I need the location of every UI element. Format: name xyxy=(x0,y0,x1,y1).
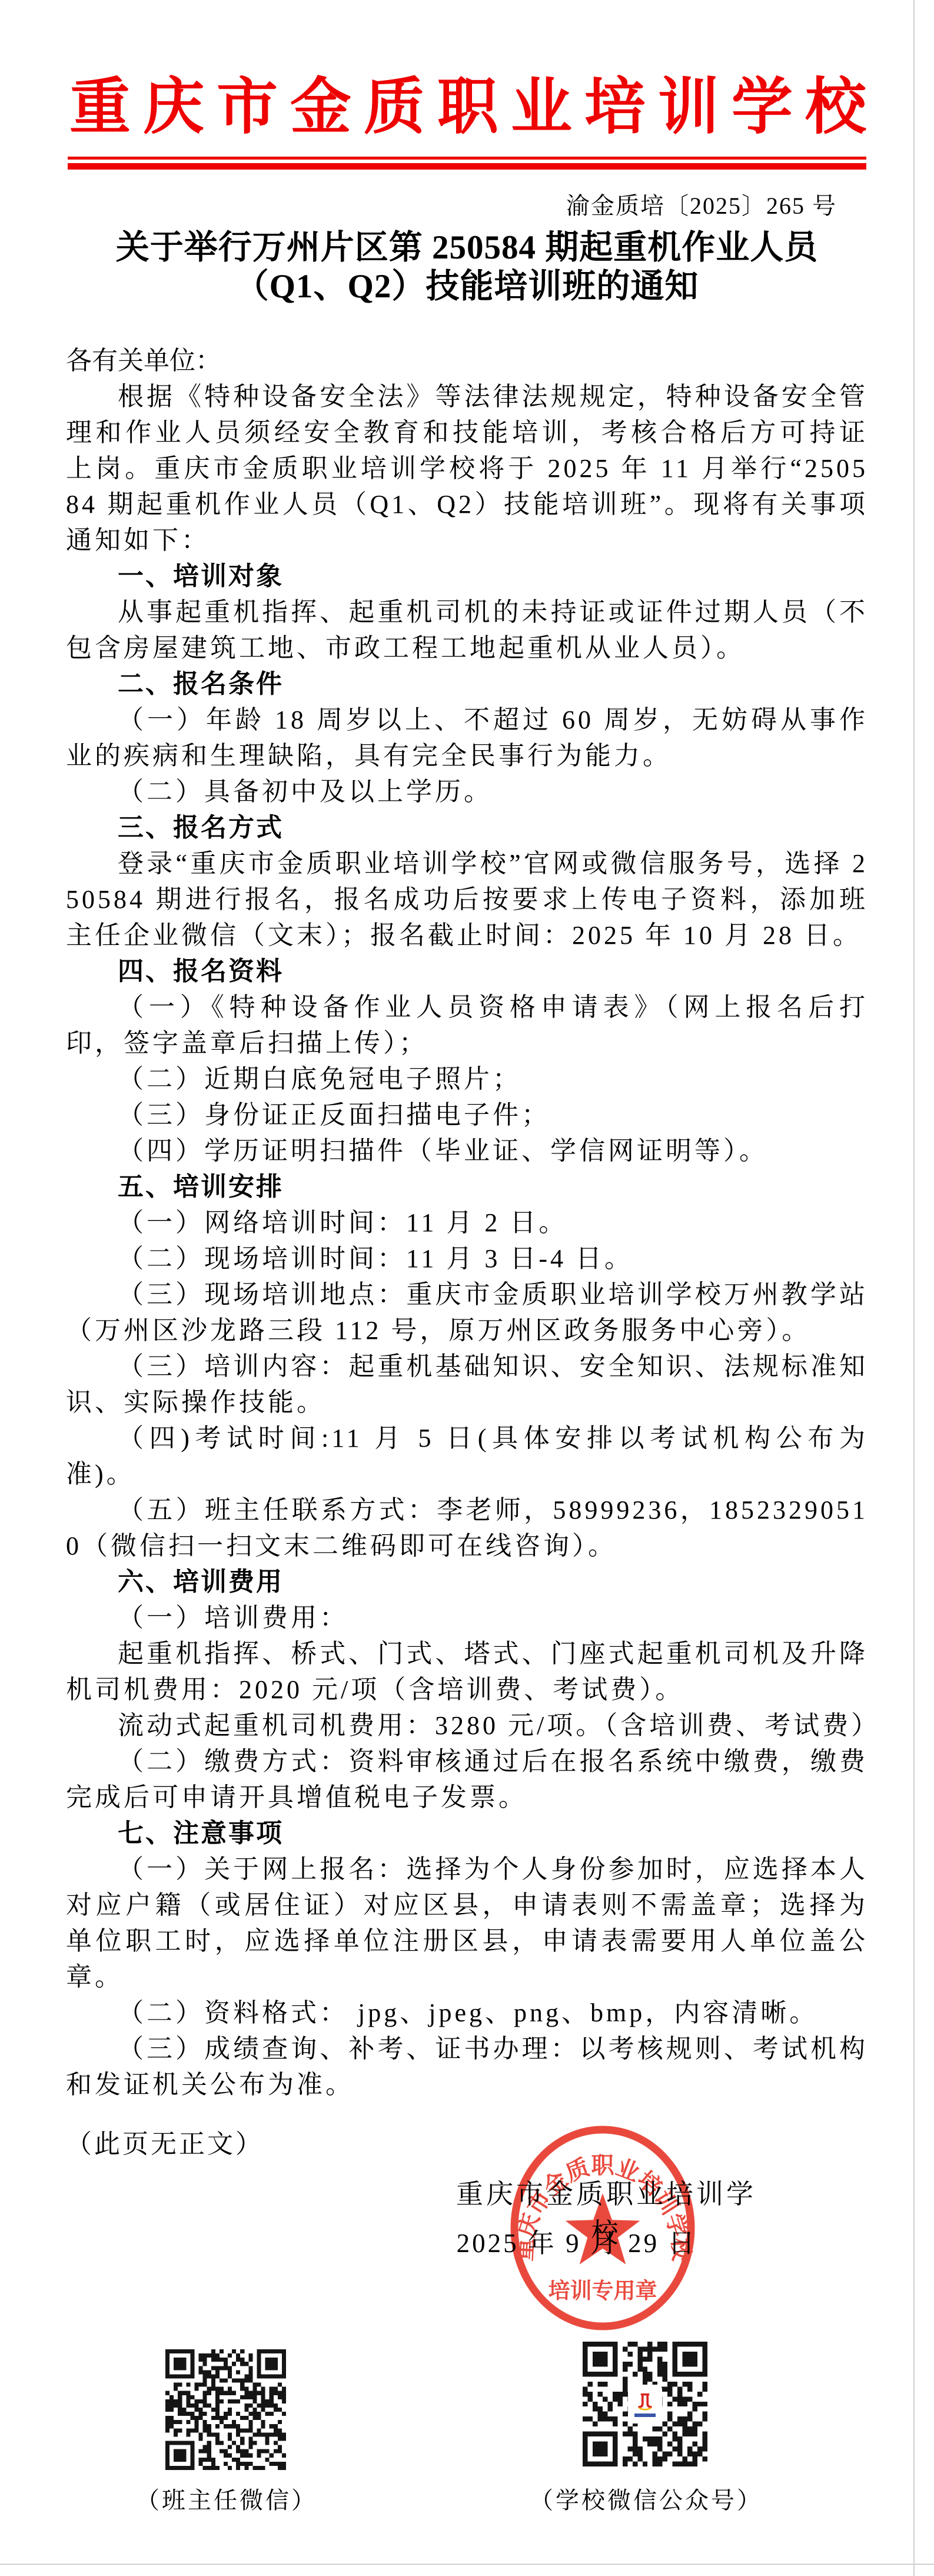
seal-bottom-text: 培训专用章 xyxy=(549,2278,657,2303)
letterhead-rule-thin xyxy=(68,157,866,160)
section-paragraph: （二）现场培训时间：11 月 3 日-4 日。 xyxy=(66,1241,868,1277)
section-paragraph: （二）缴费方式：资料审核通过后在报名系统中缴费，缴费完成后可申请开具增值税电子发… xyxy=(66,1743,868,1815)
intro-paragraph: 根据《特种设备安全法》等法律法规规定，特种设备安全管理和作业人员须经安全教育和技… xyxy=(66,379,868,558)
section-paragraph: （一）年龄 18 周岁以上、不超过 60 周岁，无妨碍从事作业的疾病和生理缺陷，… xyxy=(66,702,868,774)
section-paragraph: 流动式起重机司机费用：3280 元/项。（含培训费、考试费） xyxy=(66,1708,868,1743)
section-training-schedule: 五、培训安排 （一）网络培训时间：11 月 2 日。 （二）现场培训时间：11 … xyxy=(66,1169,868,1564)
section-registration-materials: 四、报名资料 （一）《特种设备作业人员资格申请表》（网上报名后打印，签字盖章后扫… xyxy=(66,953,868,1169)
section-training-fees: 六、培训费用 （一）培训费用： 起重机指挥、桥式、门式、塔式、门座式起重机司机及… xyxy=(66,1564,868,1815)
section-paragraph: 登录“重庆市金质职业培训学校”官网或微信服务号，选择 250584 期进行报名，… xyxy=(66,846,868,953)
document-page: 重庆市金质职业培训学校 渝金质培〔2025〕265 号 关于举行万州片区第 25… xyxy=(0,0,934,2576)
qr-caption-school-account: （学校微信公众号） xyxy=(530,2482,759,2515)
section-paragraph: （三）现场培训地点：重庆市金质职业培训学校万州教学站（万州区沙龙路三段 112 … xyxy=(66,1277,868,1348)
qr-code-school-official-account xyxy=(583,2342,707,2466)
section-paragraph: 从事起重机指挥、起重机司机的未持证或证件过期人员（不包含房屋建筑工地、市政工程工… xyxy=(66,594,868,666)
section-paragraph: （四）学历证明扫描件（毕业证、学信网证明等）。 xyxy=(66,1133,868,1169)
school-logo-subtext xyxy=(634,2413,656,2417)
section-heading: 一、培训对象 xyxy=(66,558,868,594)
section-paragraph: （四)考试时间:11 月 5 日(具体安排以考试机构公布为准)。 xyxy=(66,1420,868,1492)
footer-zone: 重庆市金质职业培训学校 2025 年 9 月 29 日 重庆市金质职业培训学校 … xyxy=(0,2070,934,2576)
section-paragraph: （三）身份证正反面扫描电子件； xyxy=(66,1097,868,1133)
section-registration-method: 三、报名方式 登录“重庆市金质职业培训学校”官网或微信服务号，选择 250584… xyxy=(66,810,868,953)
section-heading: 四、报名资料 xyxy=(66,953,868,989)
section-paragraph: （一）培训费用： xyxy=(66,1600,868,1636)
section-paragraph: 起重机指挥、桥式、门式、塔式、门座式起重机司机及升降机司机费用：2020 元/项… xyxy=(66,1636,868,1708)
section-paragraph: （二）具备初中及以上学历。 xyxy=(66,774,868,810)
letterhead-school-name: 重庆市金质职业培训学校 xyxy=(69,69,866,146)
section-training-target: 一、培训对象 从事起重机指挥、起重机司机的未持证或证件过期人员（不包含房屋建筑工… xyxy=(66,558,868,666)
section-heading: 五、培训安排 xyxy=(66,1169,868,1205)
page-edge-vertical xyxy=(913,0,915,2576)
doc-title: 关于举行万州片区第 250584 期起重机作业人员 （Q1、Q2）技能培训班的通… xyxy=(0,228,934,306)
salutation: 各有关单位： xyxy=(66,343,868,379)
section-registration-conditions: 二、报名条件 （一）年龄 18 周岁以上、不超过 60 周岁，无妨碍从事作业的疾… xyxy=(66,666,868,810)
section-heading: 六、培训费用 xyxy=(66,1564,868,1600)
section-notes: 七、注意事项 （一）关于网上报名：选择为个人身份参加时，应选择本人对应户籍（或居… xyxy=(66,1815,868,2103)
section-heading: 三、报名方式 xyxy=(66,810,868,846)
section-heading: 二、报名条件 xyxy=(66,666,868,702)
section-paragraph: （二）资料格式： jpg、jpeg、png、bmp，内容清晰。 xyxy=(66,1995,868,2031)
doc-reference-number: 渝金质培〔2025〕265 号 xyxy=(0,190,837,223)
section-heading: 七、注意事项 xyxy=(66,1815,868,1851)
qr-code-class-teacher-wechat xyxy=(165,2349,286,2470)
doc-body: 各有关单位： 根据《特种设备安全法》等法律法规规定，特种设备安全管理和作业人员须… xyxy=(0,343,934,2162)
official-seal: 重庆市金质职业培训学校 培训专用章 xyxy=(505,2120,700,2336)
section-paragraph: （二）近期白底免冠电子照片； xyxy=(66,1061,868,1097)
school-logo xyxy=(628,2385,662,2424)
section-paragraph: （三）培训内容：起重机基础知识、安全知识、法规标准知识、实际操作技能。 xyxy=(66,1348,868,1420)
letterhead-rule-thick xyxy=(68,163,866,170)
section-paragraph: （五）班主任联系方式：李老师，58999236，18523290510（微信扫一… xyxy=(66,1492,868,1564)
school-logo-mark xyxy=(635,2391,655,2411)
section-paragraph: （一）《特种设备作业人员资格申请表》（网上报名后打印，签字盖章后扫描上传）； xyxy=(66,989,868,1061)
qr-code-image xyxy=(165,2349,286,2470)
doc-title-line2: （Q1、Q2）技能培训班的通知 xyxy=(0,267,934,306)
doc-title-line1: 关于举行万州片区第 250584 期起重机作业人员 xyxy=(0,228,934,267)
page-edge-horizontal xyxy=(0,2564,934,2565)
section-paragraph: （一）关于网上报名：选择为个人身份参加时，应选择本人对应户籍（或居住证）对应区县… xyxy=(66,1851,868,1995)
section-paragraph: （一）网络培训时间：11 月 2 日。 xyxy=(66,1205,868,1241)
qr-caption-class-teacher: （班主任微信） xyxy=(132,2482,321,2515)
